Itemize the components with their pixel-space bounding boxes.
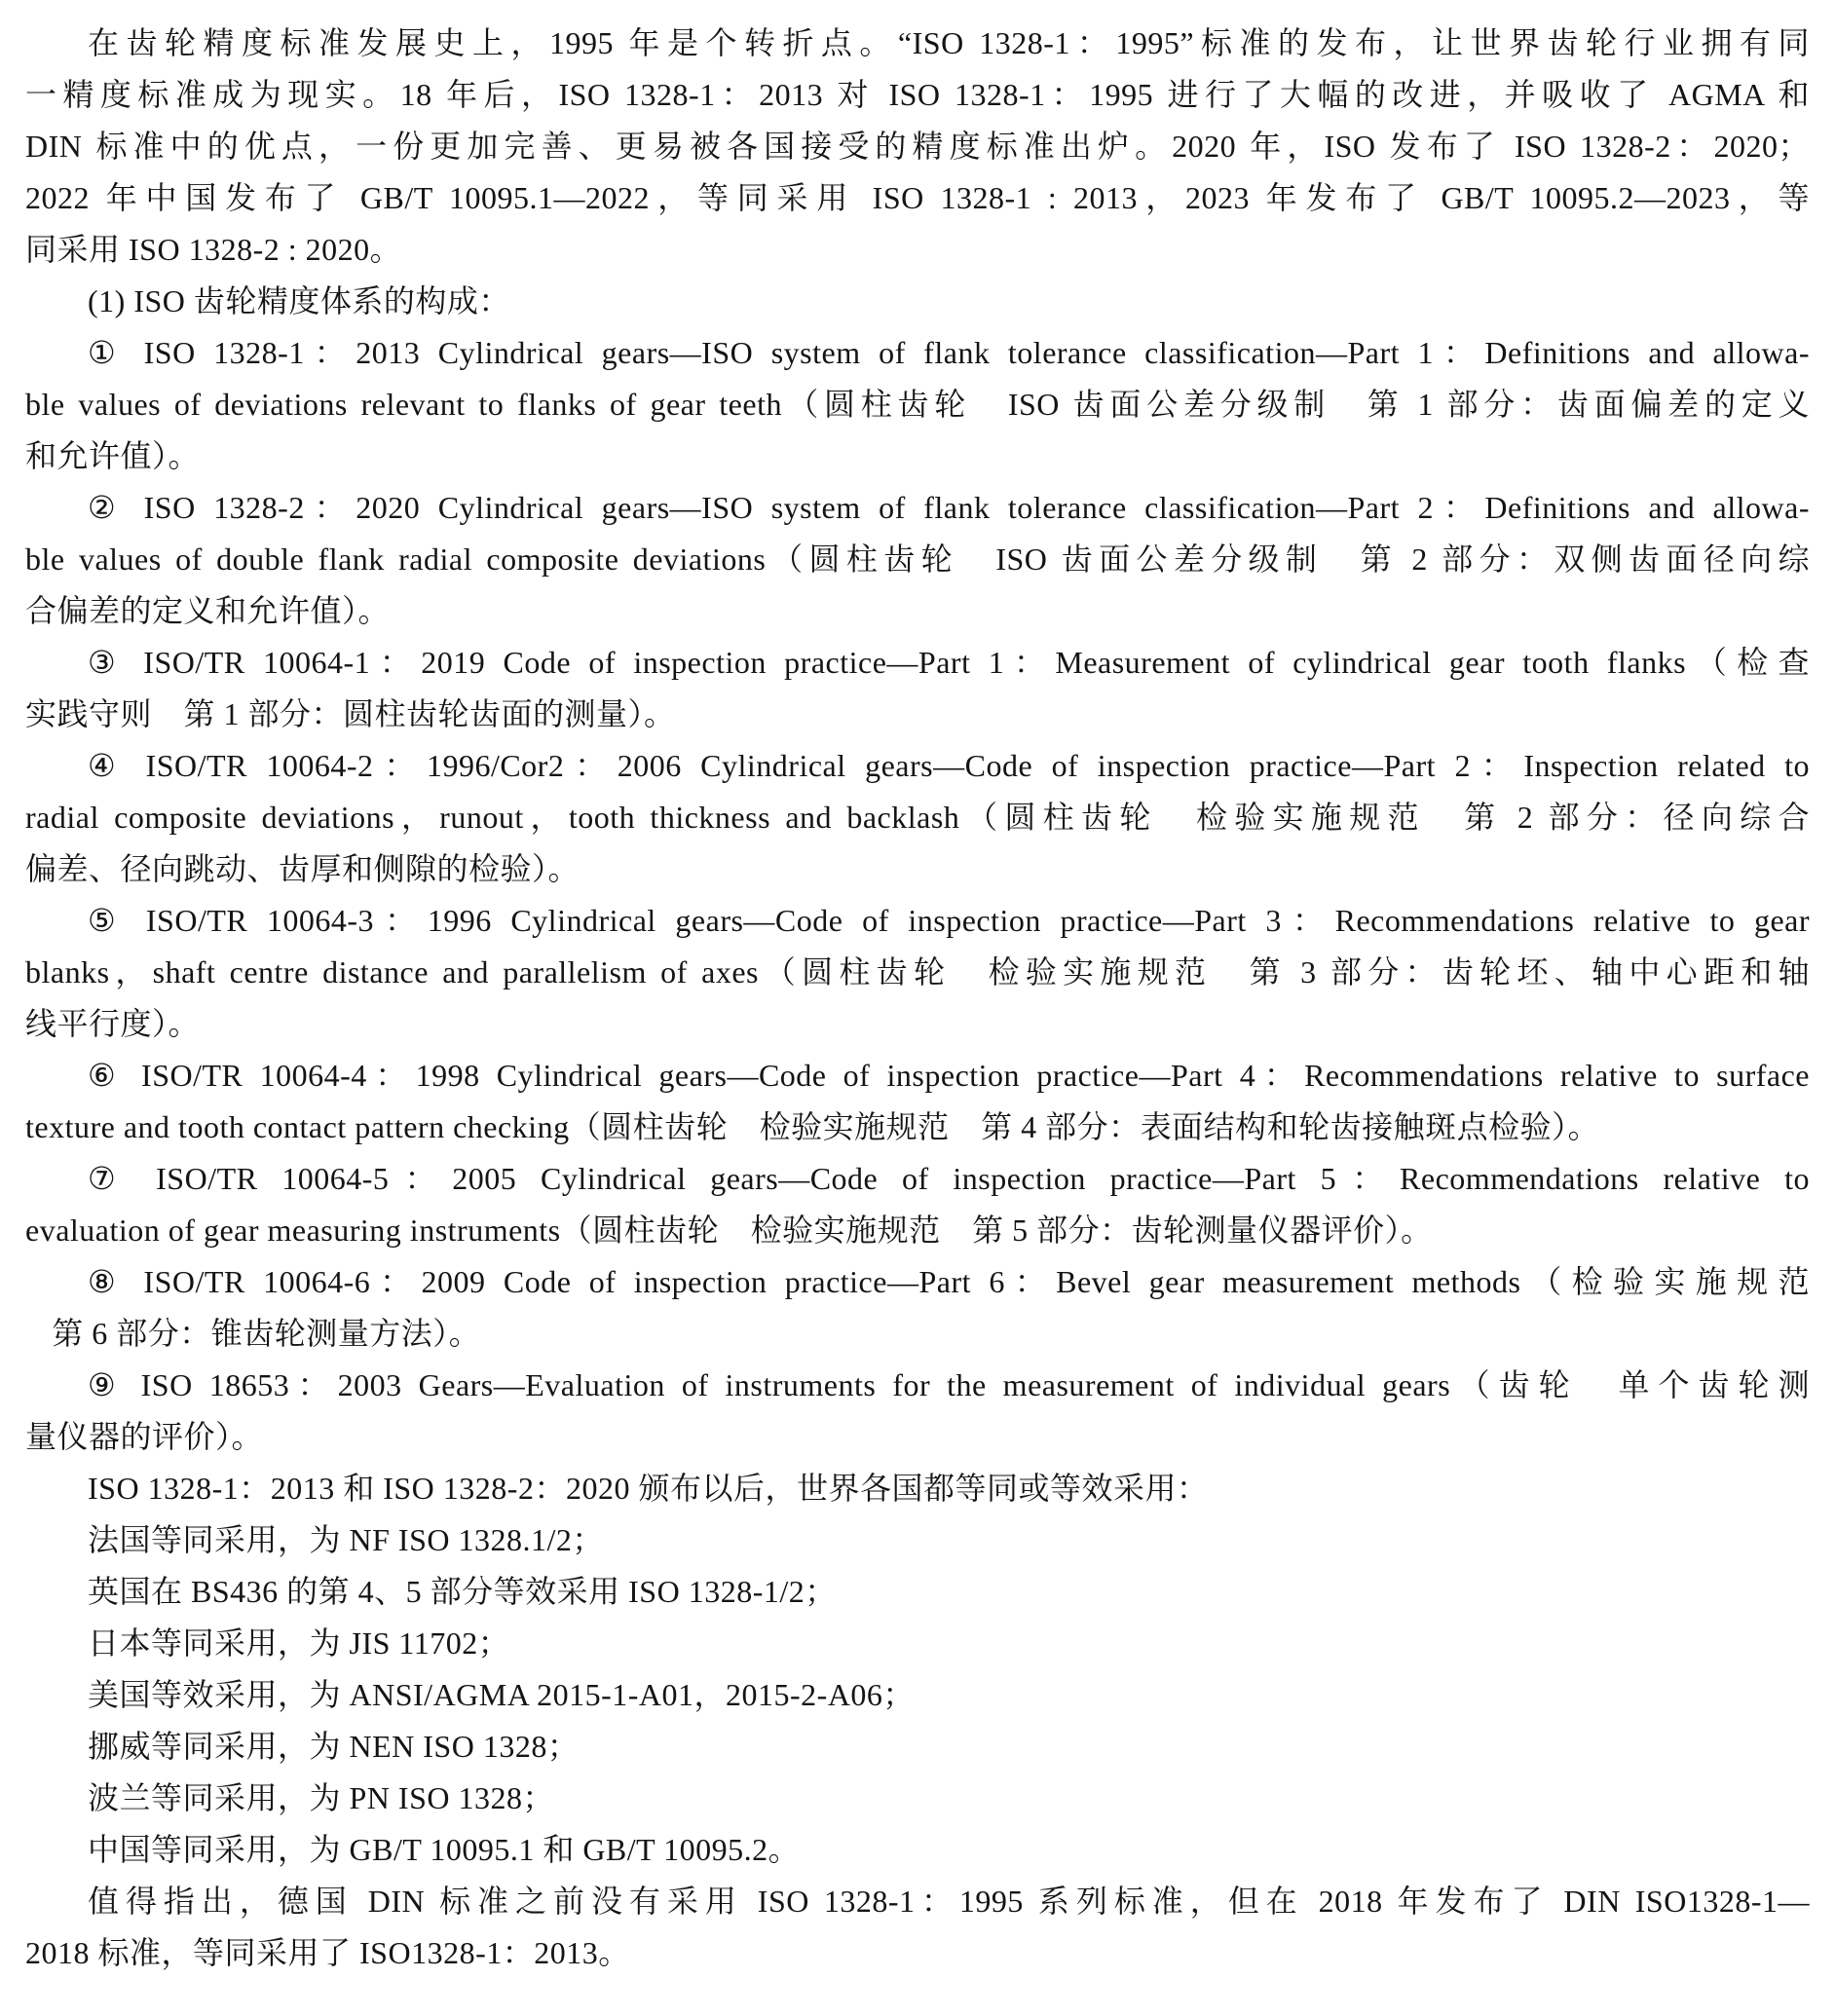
text-line: ⑧ ISO/TR 10064-6：2009 Code of inspection… [25,1256,1810,1308]
text-line: 和允许值）。 [25,430,1810,482]
text-line: 在齿轮精度标准发展史上，1995 年是个转折点。“ISO 1328-1：1995… [25,18,1810,69]
text-line: ⑦ ISO/TR 10064-5：2005 Cylindrical gears—… [25,1153,1810,1205]
text-line: 法国等同采用，为 NF ISO 1328.1/2； [25,1514,1810,1566]
text-line: texture and tooth contact pattern checki… [25,1101,1810,1153]
text-line: ① ISO 1328-1：2013 Cylindrical gears—ISO … [25,327,1810,379]
text-line: 挪威等同采用，为 NEN ISO 1328； [25,1721,1810,1773]
text-line: 2018 标准，等同采用了 ISO1328-1：2013。 [25,1927,1810,1979]
document-page: 在齿轮精度标准发展史上，1995 年是个转折点。“ISO 1328-1：1995… [0,0,1835,2016]
text-line: 第 6 部分：锥齿轮测量方法）。 [25,1308,1810,1360]
text-line: ② ISO 1328-2：2020 Cylindrical gears—ISO … [25,482,1810,534]
text-line: blanks，shaft centre distance and paralle… [25,947,1810,998]
text-line: ble values of deviations relevant to fla… [25,379,1810,430]
text-line: 2022 年中国发布了 GB/T 10095.1—2022，等同采用 ISO 1… [25,172,1810,224]
text-line: 一精度标准成为现实。18 年后，ISO 1328-1：2013 对 ISO 13… [25,69,1810,121]
text-line: ble values of double flank radial compos… [25,534,1810,585]
text-line: ⑨ ISO 18653：2003 Gears—Evaluation of ins… [25,1360,1810,1411]
text-line: ISO 1328-1：2013 和 ISO 1328-2：2020 颁布以后，世… [25,1463,1810,1514]
text-line: 中国等同采用，为 GB/T 10095.1 和 GB/T 10095.2。 [25,1824,1810,1876]
text-line: ⑤ ISO/TR 10064-3：1996 Cylindrical gears—… [25,895,1810,947]
text-line: 偏差、径向跳动、齿厚和侧隙的检验）。 [25,843,1810,895]
text-line: 英国在 BS436 的第 4、5 部分等效采用 ISO 1328-1/2； [25,1566,1810,1618]
text-line: ⑥ ISO/TR 10064-4：1998 Cylindrical gears—… [25,1050,1810,1101]
text-line: 值得指出，德国 DIN 标准之前没有采用 ISO 1328-1：1995 系列标… [25,1876,1810,1927]
text-line: 美国等效采用，为 ANSI/AGMA 2015-1-A01，2015-2-A06… [25,1669,1810,1721]
text-line: 日本等同采用，为 JIS 11702； [25,1618,1810,1669]
text-line: 实践守则 第 1 部分：圆柱齿轮齿面的测量）。 [25,689,1810,740]
text-line: 波兰等同采用，为 PN ISO 1328； [25,1773,1810,1824]
text-line: DIN 标准中的优点，一份更加完善、更易被各国接受的精度标准出炉。2020 年，… [25,121,1810,172]
text-line: ③ ISO/TR 10064-1：2019 Code of inspection… [25,637,1810,689]
text-line: 合偏差的定义和允许值）。 [25,585,1810,637]
text-line: radial composite deviations，runout，tooth… [25,792,1810,843]
text-line: 线平行度）。 [25,998,1810,1050]
text-line: evaluation of gear measuring instruments… [25,1205,1810,1256]
text-line: 同采用 ISO 1328-2 : 2020。 [25,224,1810,276]
text-line: 量仪器的评价）。 [25,1411,1810,1463]
text-line: (1) ISO 齿轮精度体系的构成： [25,276,1810,327]
text-line: ④ ISO/TR 10064-2：1996/Cor2：2006 Cylindri… [25,740,1810,792]
